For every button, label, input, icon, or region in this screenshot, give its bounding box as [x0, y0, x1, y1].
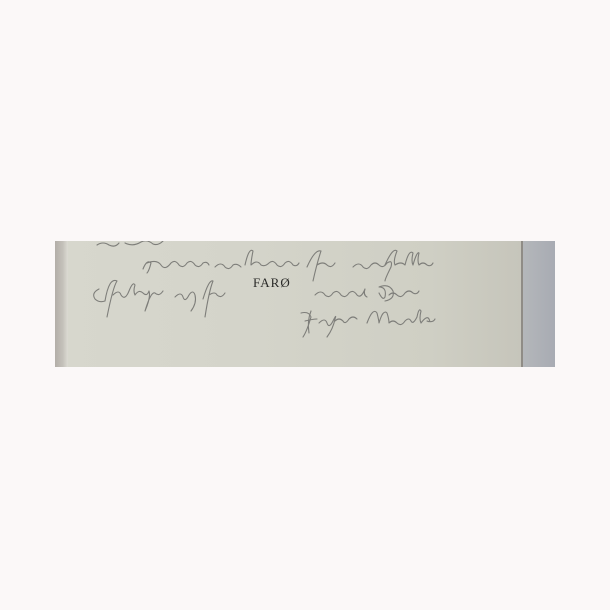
handwritten-dedication	[55, 241, 555, 367]
printed-book-title: FARØ	[253, 275, 291, 291]
book-page-photo: FARØ	[55, 241, 555, 367]
